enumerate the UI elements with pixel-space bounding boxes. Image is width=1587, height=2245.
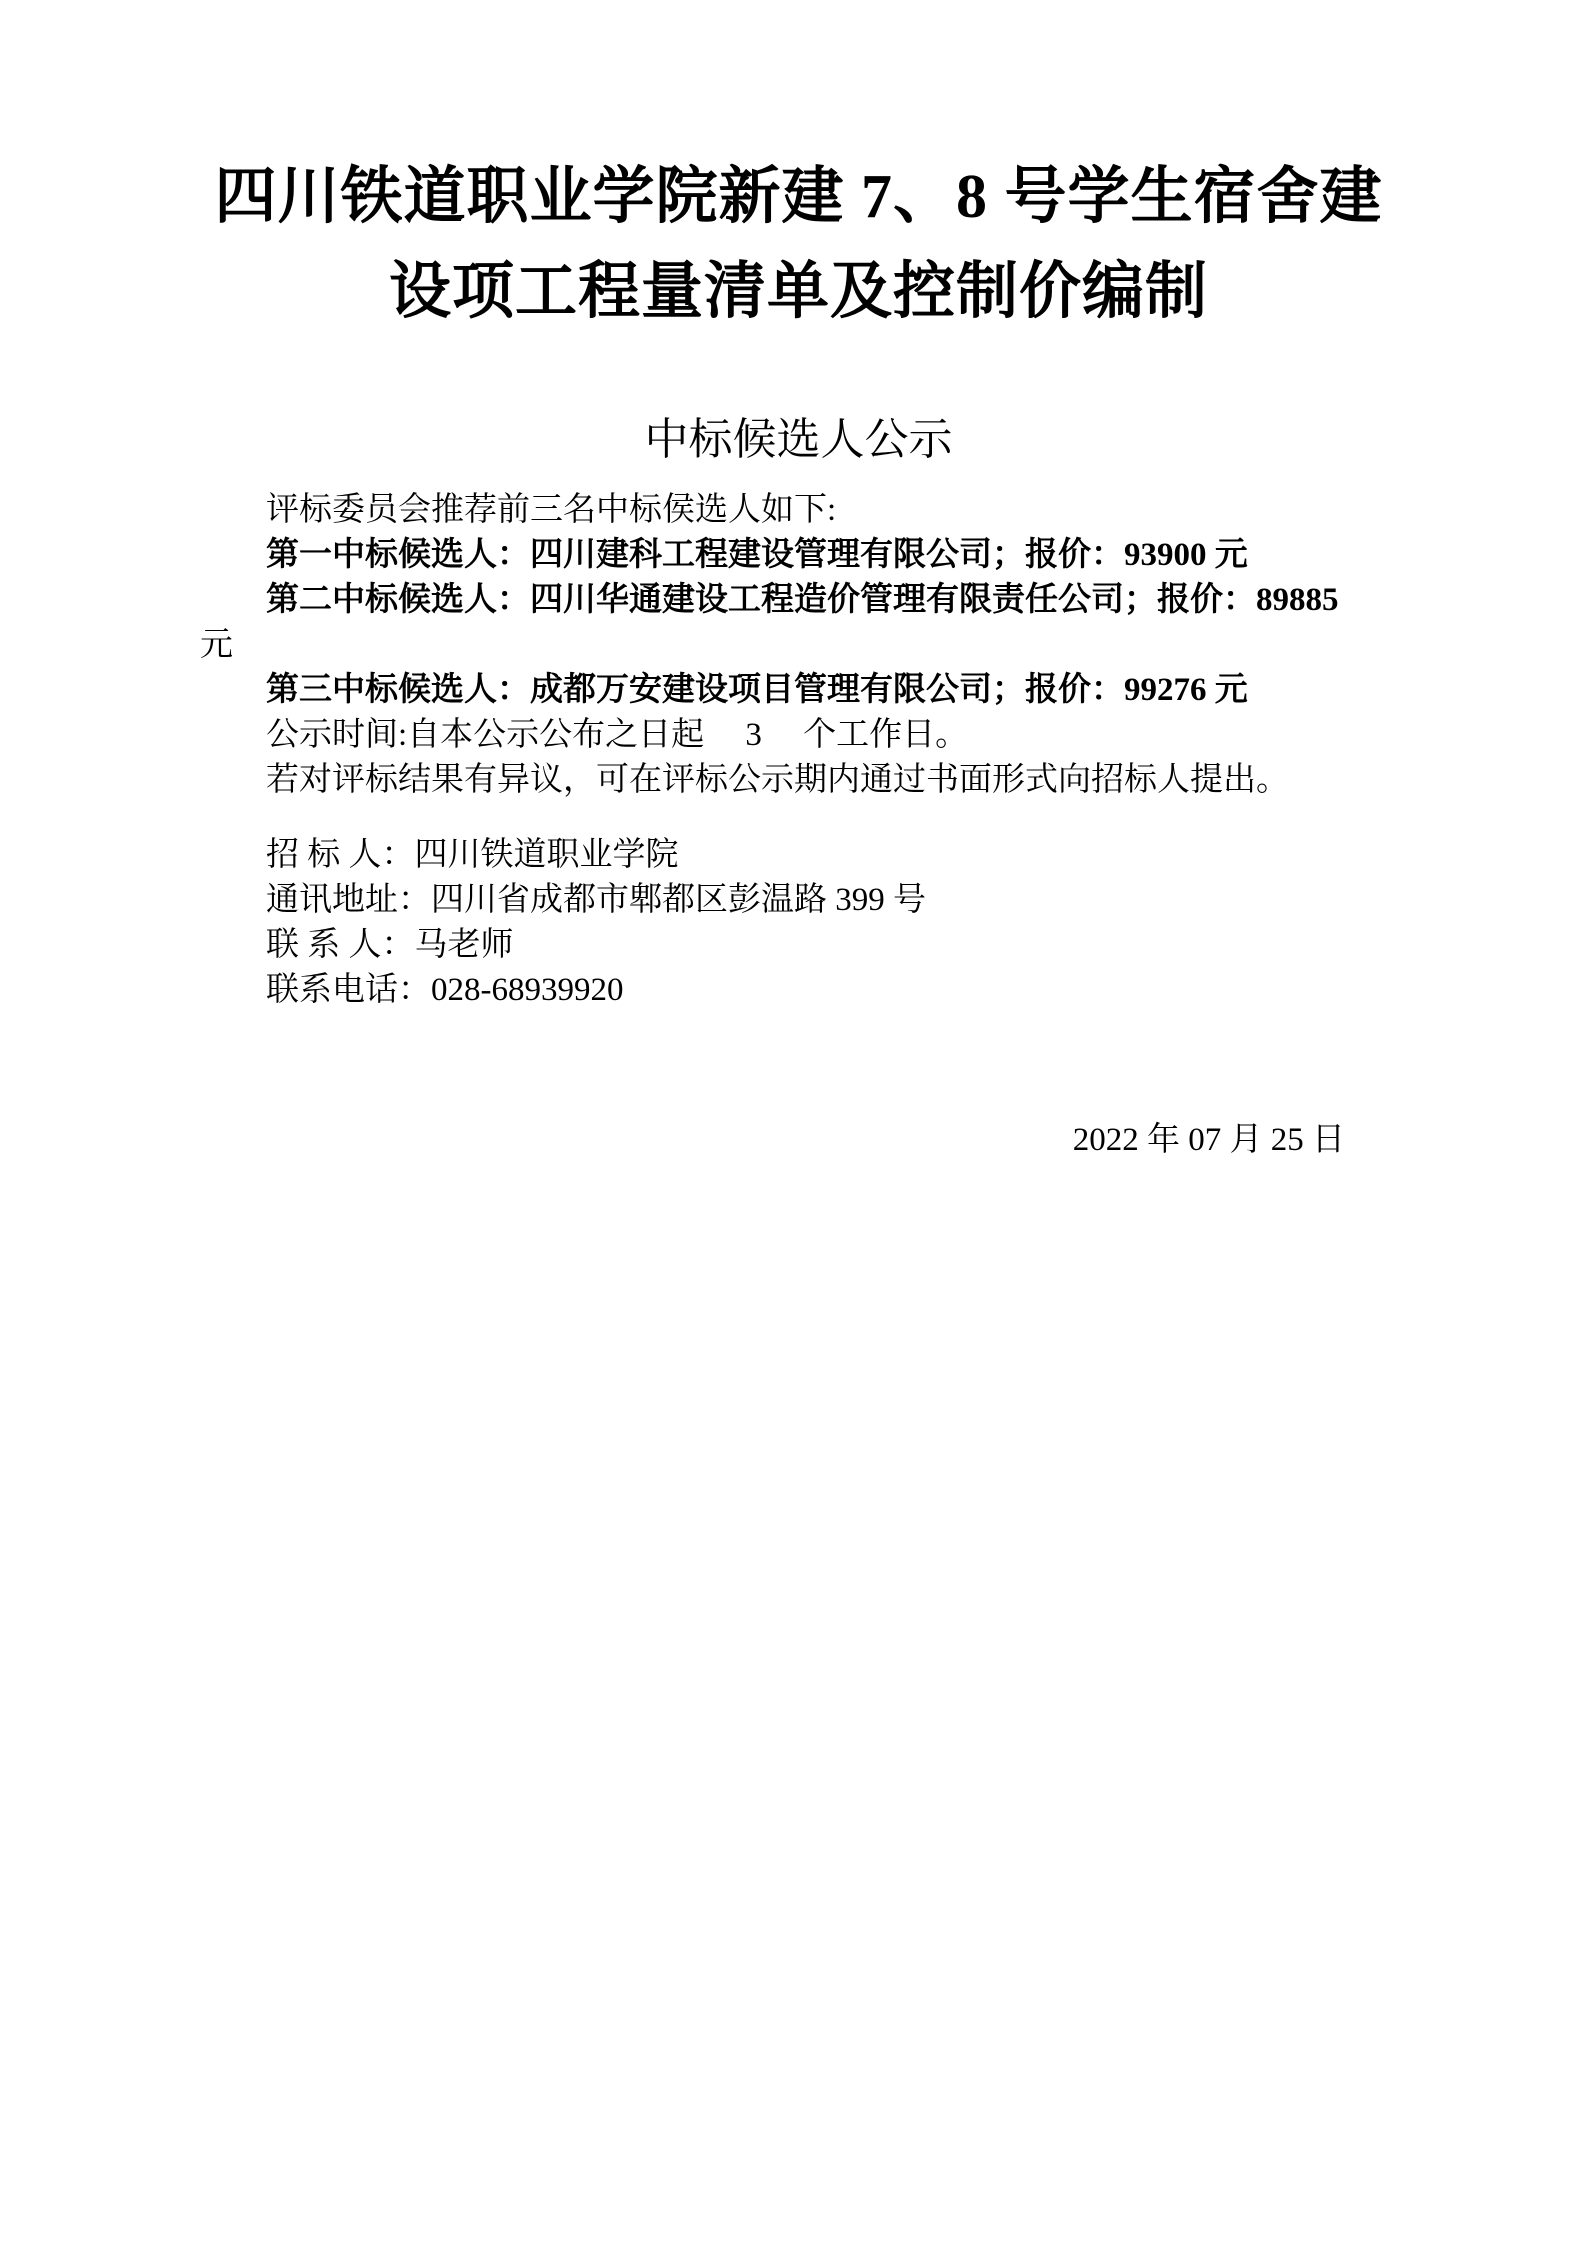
contact-block: 招 标 人：四川铁道职业学院 通讯地址：四川省成都市郫都区彭温路 399 号 联… (200, 833, 1397, 1013)
document-page: 四川铁道职业学院新建 7、8 号学生宿舍建 设项工程量清单及控制价编制 中标候选… (0, 0, 1587, 2245)
section-heading: 中标候选人公示 (200, 410, 1397, 470)
document-title: 四川铁道职业学院新建 7、8 号学生宿舍建 设项工程量清单及控制价编制 (200, 0, 1397, 340)
document-date: 2022 年 07 月 25 日 (200, 1118, 1397, 1163)
intro-line: 评标委员会推荐前三名中标侯选人如下: (200, 488, 1397, 533)
contact-person-line: 联 系 人：马老师 (200, 923, 1397, 968)
tenderee-line: 招 标 人：四川铁道职业学院 (200, 833, 1397, 878)
address-line: 通讯地址：四川省成都市郫都区彭温路 399 号 (200, 878, 1397, 923)
document-title-line1: 四川铁道职业学院新建 7、8 号学生宿舍建 (200, 150, 1397, 245)
document-title-line2: 设项工程量清单及控制价编制 (200, 245, 1397, 340)
announcement-body: 评标委员会推荐前三名中标侯选人如下: 第一中标候选人：四川建科工程建设管理有限公… (200, 488, 1397, 803)
candidate1-line: 第一中标候选人：四川建科工程建设管理有限公司；报价：93900 元 (200, 533, 1397, 578)
phone-line: 联系电话：028-68939920 (200, 968, 1397, 1013)
candidate2-line1: 第二中标候选人：四川华通建设工程造价管理有限责任公司；报价：89885 (200, 578, 1397, 623)
publicity-period-line: 公示时间:自本公示公布之日起 3 个工作日。 (200, 713, 1397, 758)
candidate3-line: 第三中标候选人：成都万安建设项目管理有限公司；报价：99276 元 (200, 668, 1397, 713)
candidate2-line2: 元 (200, 623, 1397, 668)
objection-notice-line: 若对评标结果有异议，可在评标公示期内通过书面形式向招标人提出。 (200, 758, 1397, 803)
